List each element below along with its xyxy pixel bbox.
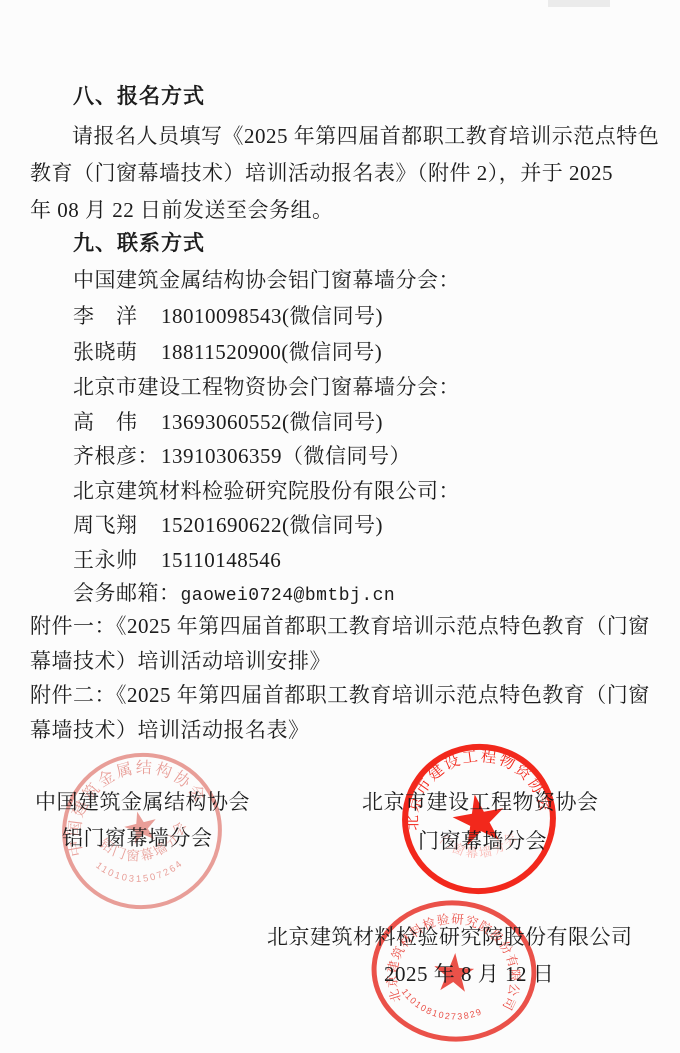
document-page: 中国建筑金属结构协会 铝门窗幕墙分会 1101031507264 北京市建设工程… [0, 0, 680, 1053]
section8-line1: 请报名人员填写《2025 年第四届首都职工教育培训示范点特色 [72, 124, 659, 148]
contact-name: 李 洋 [73, 304, 161, 328]
contact-name: 齐根彦： [73, 444, 161, 468]
attachment1-line1: 附件一：《2025 年第四届首都职工教育培训示范点特色教育（门窗 [30, 614, 650, 638]
contact-row: 周飞翔 15201690622(微信同号) [73, 513, 383, 537]
signature-right-org-line2: 门窗幕墙分会 [418, 829, 547, 853]
org2-name: 北京市建设工程物资协会门窗幕墙分会： [73, 375, 460, 399]
contact-phone: 13910306359（微信同号） [161, 444, 411, 468]
email-address: gaowei0724@bmtbj.cn [181, 584, 396, 608]
contact-phone: 18010098543(微信同号) [161, 304, 383, 328]
email-label: 会务邮箱： [73, 581, 181, 608]
attachment2-line2: 幕墙技术）培训活动报名表》 [30, 718, 310, 742]
signature-left-org-line1: 中国建筑金属结构协会 [35, 790, 250, 814]
section8-line2: 教育（门窗幕墙技术）培训活动报名表》（附件 2），并于 2025 [30, 161, 613, 185]
contact-name: 高 伟 [73, 410, 161, 434]
contact-phone: 15110148546 [161, 548, 281, 572]
signature-bottom-company: 北京建筑材料检验研究院股份有限公司 [267, 925, 633, 949]
signature-bottom-date: 2025 年 8 月 12 日 [384, 962, 554, 986]
contact-row: 王永帅 15110148546 [73, 548, 281, 572]
scan-artifact [548, 0, 610, 7]
stamp-middle-seal: 北京市建设工程物资协会 门窗幕墙分会 [398, 740, 560, 898]
attachment1-line2: 幕墙技术）培训活动培训安排》 [30, 649, 331, 673]
contact-row: 齐根彦： 13910306359（微信同号） [73, 444, 411, 468]
contact-name: 张晓萌 [73, 340, 161, 364]
org1-name: 中国建筑金属结构协会铝门窗幕墙分会： [73, 268, 460, 292]
contact-name: 王永帅 [73, 548, 161, 572]
contact-phone: 15201690622(微信同号) [161, 513, 383, 537]
signature-left-org-line2: 铝门窗幕墙分会 [62, 826, 213, 850]
contact-row: 李 洋 18010098543(微信同号) [73, 304, 383, 328]
svg-text:11010810273829: 11010810273829 [398, 986, 486, 1023]
stamp-bottom-serial: 11010810273829 [398, 986, 486, 1023]
contact-phone: 13693060552(微信同号) [161, 410, 383, 434]
email-row: 会务邮箱： gaowei0724@bmtbj.cn [73, 581, 395, 608]
org3-name: 北京建筑材料检验研究院股份有限公司： [73, 479, 460, 503]
signature-right-org-line1: 北京市建设工程物资协会 [362, 790, 599, 814]
section8-heading: 八、报名方式 [73, 85, 205, 109]
contact-row: 高 伟 13693060552(微信同号) [73, 410, 383, 434]
section8-line3: 年 08 月 22 日前发送至会务组。 [30, 198, 334, 222]
attachment2-line1: 附件二：《2025 年第四届首都职工教育培训示范点特色教育（门窗 [30, 683, 650, 707]
section9-heading: 九、联系方式 [73, 232, 205, 256]
contact-row: 张晓萌 18811520900(微信同号) [73, 340, 382, 364]
contact-phone: 18811520900(微信同号) [161, 340, 382, 364]
contact-name: 周飞翔 [73, 513, 161, 537]
